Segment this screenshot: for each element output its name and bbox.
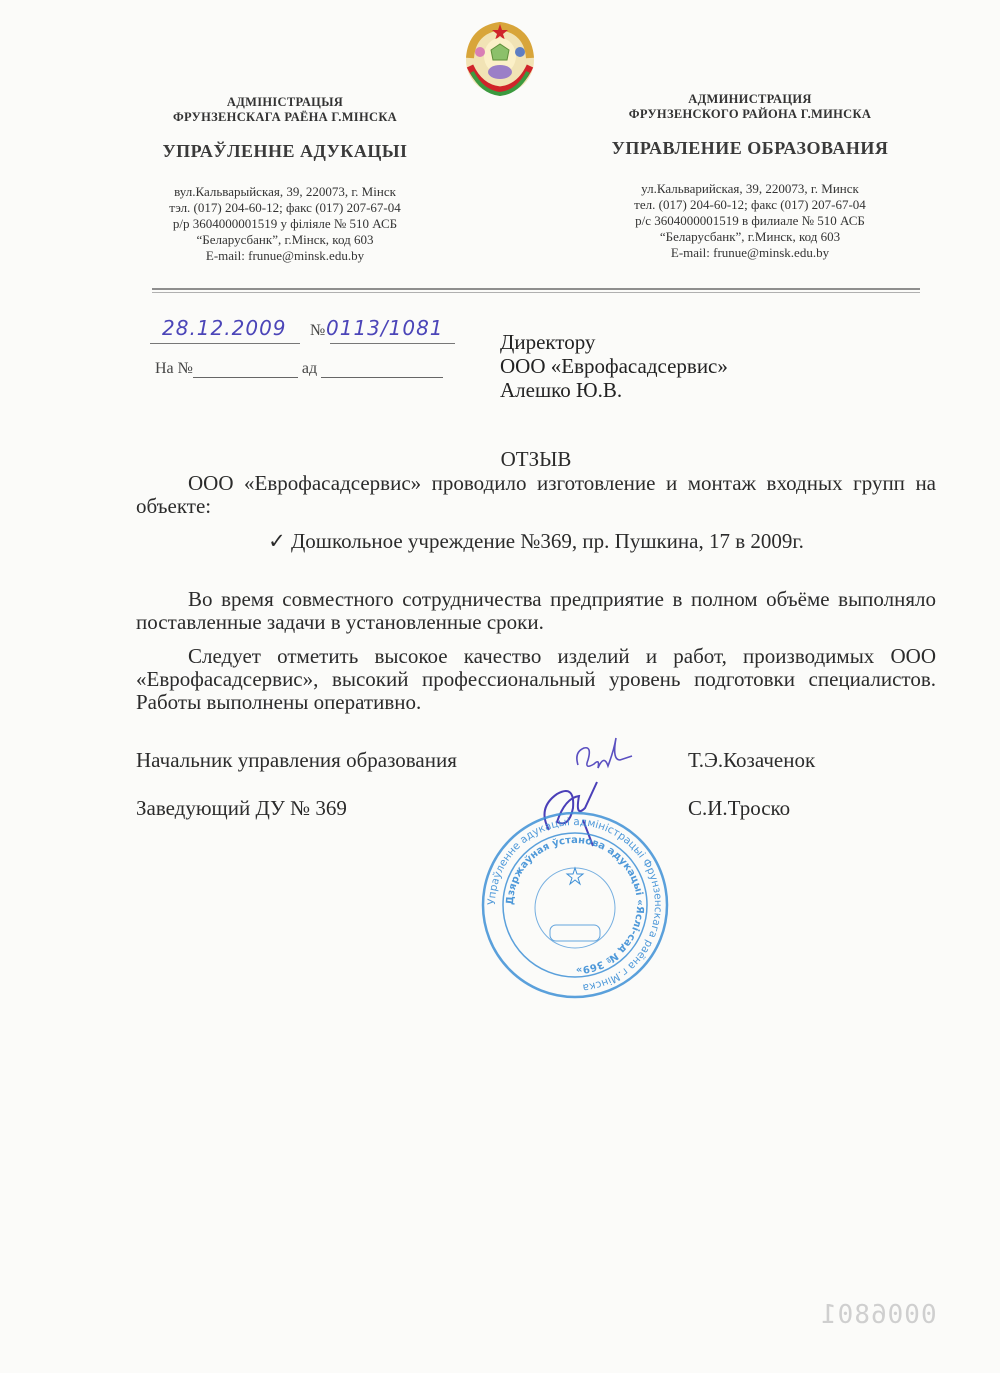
- reply-date-label: ад: [302, 360, 317, 377]
- header-divider-thin: [152, 292, 920, 293]
- addressee-position: Директору: [500, 330, 728, 354]
- outgoing-date: 28.12.2009: [162, 316, 287, 340]
- address-line: ул.Кальварийская, 39, 220073, г. Минск: [590, 181, 910, 197]
- number-underline: [330, 343, 455, 344]
- outgoing-number: 0113/1081: [326, 316, 444, 340]
- signatory-2-name: С.И.Троско: [688, 796, 790, 821]
- object-list-item: ✓ Дошкольное учреждение №369, пр. Пушкин…: [136, 530, 936, 553]
- signatory-1-name: Т.Э.Козаченок: [688, 748, 815, 773]
- letterhead-russian: АДМИНИСТРАЦИЯ ФРУНЗЕНСКОГО РАЙОНА Г.МИНС…: [590, 92, 910, 261]
- reply-date-blank: [321, 363, 443, 378]
- addressee-name: Алешко Ю.В.: [500, 378, 728, 402]
- header-divider: [152, 288, 920, 290]
- letter-title: ОТЗЫВ: [136, 447, 936, 472]
- letterhead-belarusian: АДМІНІСТРАЦЫЯ ФРУНЗЕНСКАГА РАЁНА Г.МІНСК…: [150, 95, 420, 264]
- object-description: Дошкольное учреждение №369, пр. Пушкина,…: [291, 529, 804, 553]
- signatory-2-position: Заведующий ДУ № 369: [136, 796, 347, 821]
- email-line: E-mail: frunue@minsk.edu.by: [150, 248, 420, 264]
- bank-account-line: р/р 3604000001519 у філіяле № 510 АСБ: [150, 216, 420, 232]
- stamp-inner-text: Дзяржаўная ўстанова адукацыі «Яслі-сад №…: [505, 835, 645, 975]
- svg-text:Дзяржаўная ўстанова адукацыі «: Дзяржаўная ўстанова адукацыі «Яслі-сад №…: [505, 835, 645, 975]
- belarus-state-emblem-icon: [460, 18, 540, 98]
- paragraph-cooperation: Во время совместного сотрудничества пред…: [136, 588, 936, 634]
- address-block: ул.Кальварийская, 39, 220073, г. Минск т…: [590, 181, 910, 261]
- official-stamp: Упраўленне адукацыі адміністрацыі Фрунзе…: [480, 810, 670, 1000]
- phone-line: тэл. (017) 204-60-12; факс (017) 207-67-…: [150, 200, 420, 216]
- department-name: УПРАВЛЕНИЕ ОБРАЗОВАНИЯ: [590, 138, 910, 159]
- reply-number-label: На №: [155, 360, 193, 377]
- check-mark-icon: ✓: [268, 529, 286, 553]
- address-line: вул.Кальварыйская, 39, 220073, г. Мінск: [150, 184, 420, 200]
- org-name-line1: АДМИНИСТРАЦИЯ: [590, 92, 910, 107]
- serial-number: 0006801: [820, 1300, 937, 1330]
- org-name-line2: ФРУНЗЕНСКОГО РАЙОНА Г.МИНСКА: [590, 107, 910, 122]
- signature-1-icon: [570, 730, 650, 780]
- org-name-line1: АДМІНІСТРАЦЫЯ: [150, 95, 420, 110]
- address-block: вул.Кальварыйская, 39, 220073, г. Мінск …: [150, 184, 420, 264]
- signatory-1-position: Начальник управления образования: [136, 748, 457, 773]
- addressee-company: ООО «Еврофасадсервис»: [500, 354, 728, 378]
- org-name-line2: ФРУНЗЕНСКАГА РАЁНА Г.МІНСКА: [150, 110, 420, 125]
- email-line: E-mail: frunue@minsk.edu.by: [590, 245, 910, 261]
- bank-account-line: р/с 3604000001519 в филиале № 510 АСБ: [590, 213, 910, 229]
- paragraph-intro: ООО «Еврофасадсервис» проводило изготовл…: [136, 472, 936, 518]
- bank-name-line: “Беларусбанк”, г.Минск, код 603: [590, 229, 910, 245]
- paragraph-quality: Следует отметить высокое качество издели…: [136, 645, 936, 714]
- reply-reference: На № ад: [155, 360, 443, 378]
- department-name: УПРАЎЛЕННЕ АДУКАЦЫІ: [150, 141, 420, 162]
- reply-number-blank: [193, 363, 298, 378]
- date-underline: [150, 343, 300, 344]
- phone-line: тел. (017) 204-60-12; факс (017) 207-67-…: [590, 197, 910, 213]
- addressee-block: Директору ООО «Еврофасадсервис» Алешко Ю…: [500, 330, 728, 402]
- bank-name-line: “Беларусбанк”, г.Мінск, код 603: [150, 232, 420, 248]
- number-prefix: №: [310, 322, 325, 340]
